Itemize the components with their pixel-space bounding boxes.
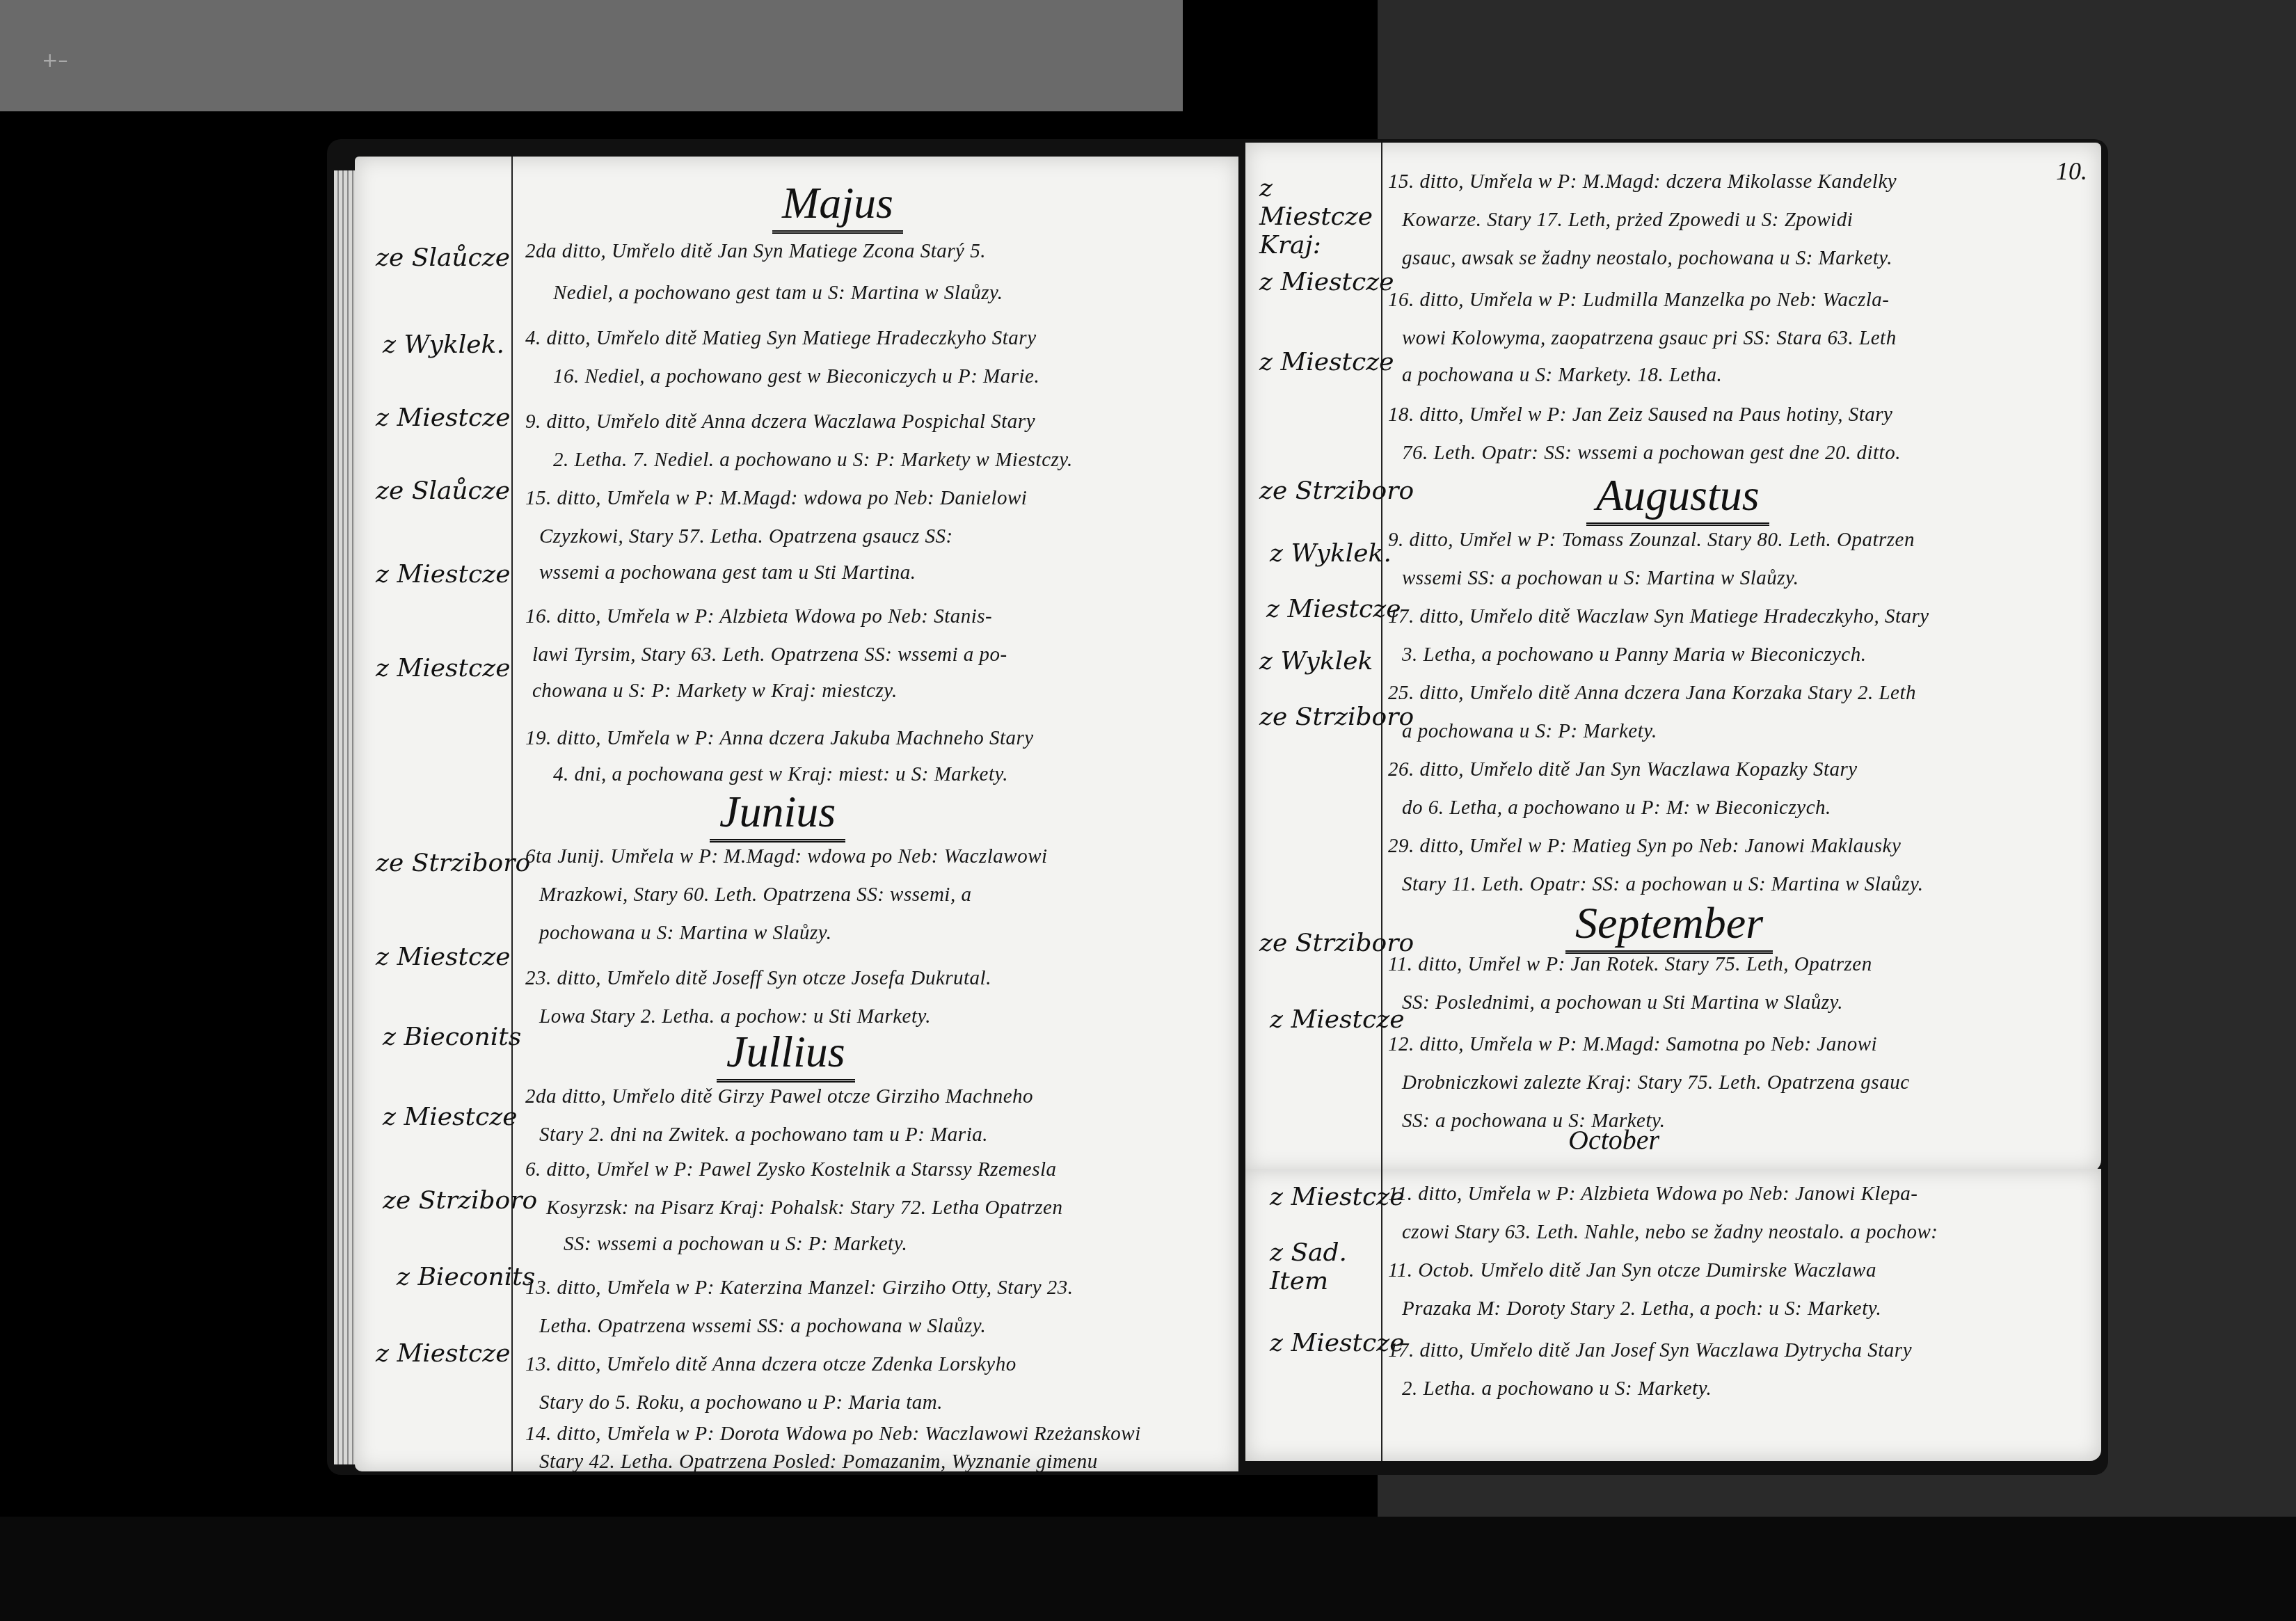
entry-line: lawi Tyrsim, Stary 63. Leth. Opatrzena S… <box>532 644 1007 666</box>
entry-line: 9. ditto, Umřel w P: Tomass Zounzal. Sta… <box>1388 529 1915 552</box>
entry-line: Letha. Opatrzena wssemi SS: a pochowana … <box>539 1315 986 1338</box>
entry-line: 76. Leth. Opatr: SS: wssemi a pochowan g… <box>1402 442 1901 465</box>
entry-line: Stary do 5. Roku, a pochowano u P: Maria… <box>539 1391 943 1414</box>
scan-background-top <box>0 0 1183 111</box>
entry-line: 3. Letha, a pochowano u Panny Maria w Bi… <box>1402 644 1866 666</box>
right-page-lower: z Miestcze 11. ditto, Umřela w P: Alzbie… <box>1245 1169 2101 1461</box>
margin-place: ze Slaůcze <box>376 243 510 272</box>
margin-place: ze Strziboro <box>1259 703 1414 731</box>
entry-line: 15. ditto, Umřela w P: M.Magd: dczera Mi… <box>1388 170 1897 193</box>
margin-place: z Miestcze <box>1270 1329 1404 1357</box>
margin-place: ze Strziboro <box>376 849 530 877</box>
margin-place: z Miestcze <box>1259 348 1394 376</box>
margin-place: z Miestcze <box>376 560 510 589</box>
entry-line: Mrazkowi, Stary 60. Leth. Opatrzena SS: … <box>539 884 971 907</box>
margin-rule <box>1381 1169 1382 1461</box>
entry-line: 18. ditto, Umřel w P: Jan Zeiz Saused na… <box>1388 404 1892 426</box>
entry-line: czowi Stary 63. Leth. Nahle, nebo se žad… <box>1402 1221 1938 1244</box>
entry-line: 6ta Junij. Umřela w P: M.Magd: wdowa po … <box>525 845 1048 868</box>
entry-line: gsauc, awsak se žadny neostalo, pochowan… <box>1402 247 1892 270</box>
margin-place: z Bieconits <box>397 1263 535 1291</box>
margin-place: z Miestcze <box>1270 1005 1404 1034</box>
margin-place: z Miestcze Kraj: <box>1259 174 1378 259</box>
entry-line: 25. ditto, Umřelo ditě Anna dczera Jana … <box>1388 682 1916 705</box>
entry-line: 19. ditto, Umřela w P: Anna dczera Jakub… <box>525 727 1034 750</box>
margin-place: z Miestcze <box>376 943 510 971</box>
entry-line: 16. ditto, Umřela w P: Ludmilla Manzelka… <box>1388 289 1889 312</box>
month-heading-junius: Junius <box>710 786 845 843</box>
margin-place: z Miestcze <box>376 654 510 682</box>
entry-line: 12. ditto, Umřela w P: M.Magd: Samotna p… <box>1388 1033 1877 1056</box>
entry-line: chowana u S: P: Markety w Kraj: miestczy… <box>532 680 898 703</box>
margin-place: z Wyklek. <box>383 330 504 359</box>
entry-line: Drobniczkowi zalezte Kraj: Stary 75. Let… <box>1402 1071 1910 1094</box>
margin-place: ze Strziboro <box>1259 477 1414 505</box>
entry-line: 16. ditto, Umřela w P: Alzbieta Wdowa po… <box>525 605 992 628</box>
entry-line: pochowana u S: Martina w Slaůzy. <box>539 922 831 945</box>
entry-line: Lowa Stary 2. Letha. a pochow: u Sti Mar… <box>539 1005 931 1028</box>
entry-line: 23. ditto, Umřelo ditě Joseff Syn otcze … <box>525 967 991 990</box>
right-page: 10. z Miestcze Kraj: 15. ditto, Umřela w… <box>1245 143 2101 1172</box>
entry-line: Kosyrzsk: na Pisarz Kraj: Pohalsk: Stary… <box>546 1197 1062 1220</box>
entry-line: 13. ditto, Umřelo ditě Anna dczera otcze… <box>525 1353 1017 1376</box>
entry-line: a pochowana u S: P: Markety. <box>1402 720 1657 743</box>
scan-corner-mark: +– <box>42 49 67 72</box>
entry-line: Kowarze. Stary 17. Leth, prżed Zpowedi u… <box>1402 209 1853 232</box>
entry-line: Stary 2. dni na Zwitek. a pochowano tam … <box>539 1124 988 1147</box>
entry-line: 4. dni, a pochowana gest w Kraj: miest: … <box>553 763 1008 786</box>
margin-place: z Miestcze <box>1259 268 1394 296</box>
entry-line: a pochowana u S: Markety. 18. Letha. <box>1402 364 1722 387</box>
margin-place: z Miestcze <box>376 1339 510 1368</box>
entry-line: 9. ditto, Umřelo ditě Anna dczera Waczla… <box>525 410 1035 433</box>
entry-line: 16. Nediel, a pochowano gest w Bieconicz… <box>553 365 1039 388</box>
month-heading-augustus: Augustus <box>1586 470 1769 526</box>
entry-line: 11. ditto, Umřel w P: Jan Rotek. Stary 7… <box>1388 953 1872 976</box>
month-heading-september: September <box>1565 897 1773 954</box>
entry-line: 11. Octob. Umřelo ditě Jan Syn otcze Dum… <box>1388 1259 1876 1282</box>
entry-line: 4. ditto, Umřelo ditě Matieg Syn Matiege… <box>525 327 1037 350</box>
margin-place: z Sad. Item <box>1270 1238 1381 1295</box>
margin-place: z Miestcze <box>1270 1183 1404 1211</box>
entry-line: 2da ditto, Umřelo ditě Girzy Pawel otcze… <box>525 1085 1033 1108</box>
scan-background-bottom <box>0 1517 2296 1621</box>
entry-line: wssemi a pochowana gest tam u Sti Martin… <box>539 561 916 584</box>
entry-line: Prazaka M: Doroty Stary 2. Letha, a poch… <box>1402 1297 1881 1320</box>
entry-line: 6. ditto, Umřel w P: Pawel Zysko Kosteln… <box>525 1158 1057 1181</box>
entry-line: 2. Letha. a pochowano u S: Markety. <box>1402 1378 1712 1400</box>
entry-line: 15. ditto, Umřela w P: M.Magd: wdowa po … <box>525 487 1027 510</box>
entry-line: 2. Letha. 7. Nediel. a pochowano u S: P:… <box>553 449 1073 472</box>
margin-place: ze Slaůcze <box>376 477 510 505</box>
month-heading-jullius: Jullius <box>717 1026 855 1083</box>
margin-place: ze Strziboro <box>383 1186 537 1215</box>
entry-line: 17. ditto, Umřelo ditě Waczlaw Syn Matie… <box>1388 605 1929 628</box>
entry-line: 26. ditto, Umřelo ditě Jan Syn Waczlawa … <box>1388 758 1858 781</box>
folio-number: 10. <box>2056 157 2087 186</box>
margin-place: z Bieconits <box>383 1023 521 1051</box>
entry-line: Stary 42. Letha. Opatrzena Posled: Pomaz… <box>539 1451 1098 1471</box>
month-heading-october: October <box>1558 1124 1669 1158</box>
margin-place: z Miestcze <box>1266 595 1401 623</box>
entry-line: 13. ditto, Umřela w P: Katerzina Manzel:… <box>525 1277 1074 1300</box>
entry-line: wssemi SS: a pochowan u S: Martina w Sla… <box>1402 567 1799 590</box>
entry-line: SS: wssemi a pochowan u S: P: Markety. <box>564 1233 907 1256</box>
margin-place: z Wyklek. <box>1270 539 1392 568</box>
entry-line: wowi Kolowyma, zaopatrzena gsauc pri SS:… <box>1402 327 1897 350</box>
entry-line: do 6. Letha, a pochowano u P: M: w Bieco… <box>1402 797 1831 820</box>
entry-line: 17. ditto, Umřelo ditě Jan Josef Syn Wac… <box>1388 1339 1912 1362</box>
entry-line: 11. ditto, Umřela w P: Alzbieta Wdowa po… <box>1388 1183 1918 1206</box>
month-heading-majus: Majus <box>772 177 903 234</box>
entry-line: SS: Poslednimi, a pochowan u Sti Martina… <box>1402 991 1843 1014</box>
margin-place: z Miestcze <box>383 1103 517 1131</box>
margin-place: z Wyklek <box>1259 647 1373 676</box>
entry-line: 29. ditto, Umřel w P: Matieg Syn po Neb:… <box>1388 835 1901 858</box>
entry-line: 2da ditto, Umřelo ditě Jan Syn Matiege Z… <box>525 240 986 263</box>
entry-line: Stary 11. Leth. Opatr: SS: a pochowan u … <box>1402 873 1924 896</box>
left-page: Majus ze Slaůcze 2da ditto, Umřelo ditě … <box>355 157 1238 1471</box>
entry-line: Nediel, a pochowano gest tam u S: Martin… <box>553 282 1003 305</box>
margin-place: z Miestcze <box>376 404 510 432</box>
entry-line: Czyzkowi, Stary 57. Letha. Opatrzena gsa… <box>539 525 953 548</box>
entry-line: 14. ditto, Umřela w P: Dorota Wdowa po N… <box>525 1423 1141 1446</box>
